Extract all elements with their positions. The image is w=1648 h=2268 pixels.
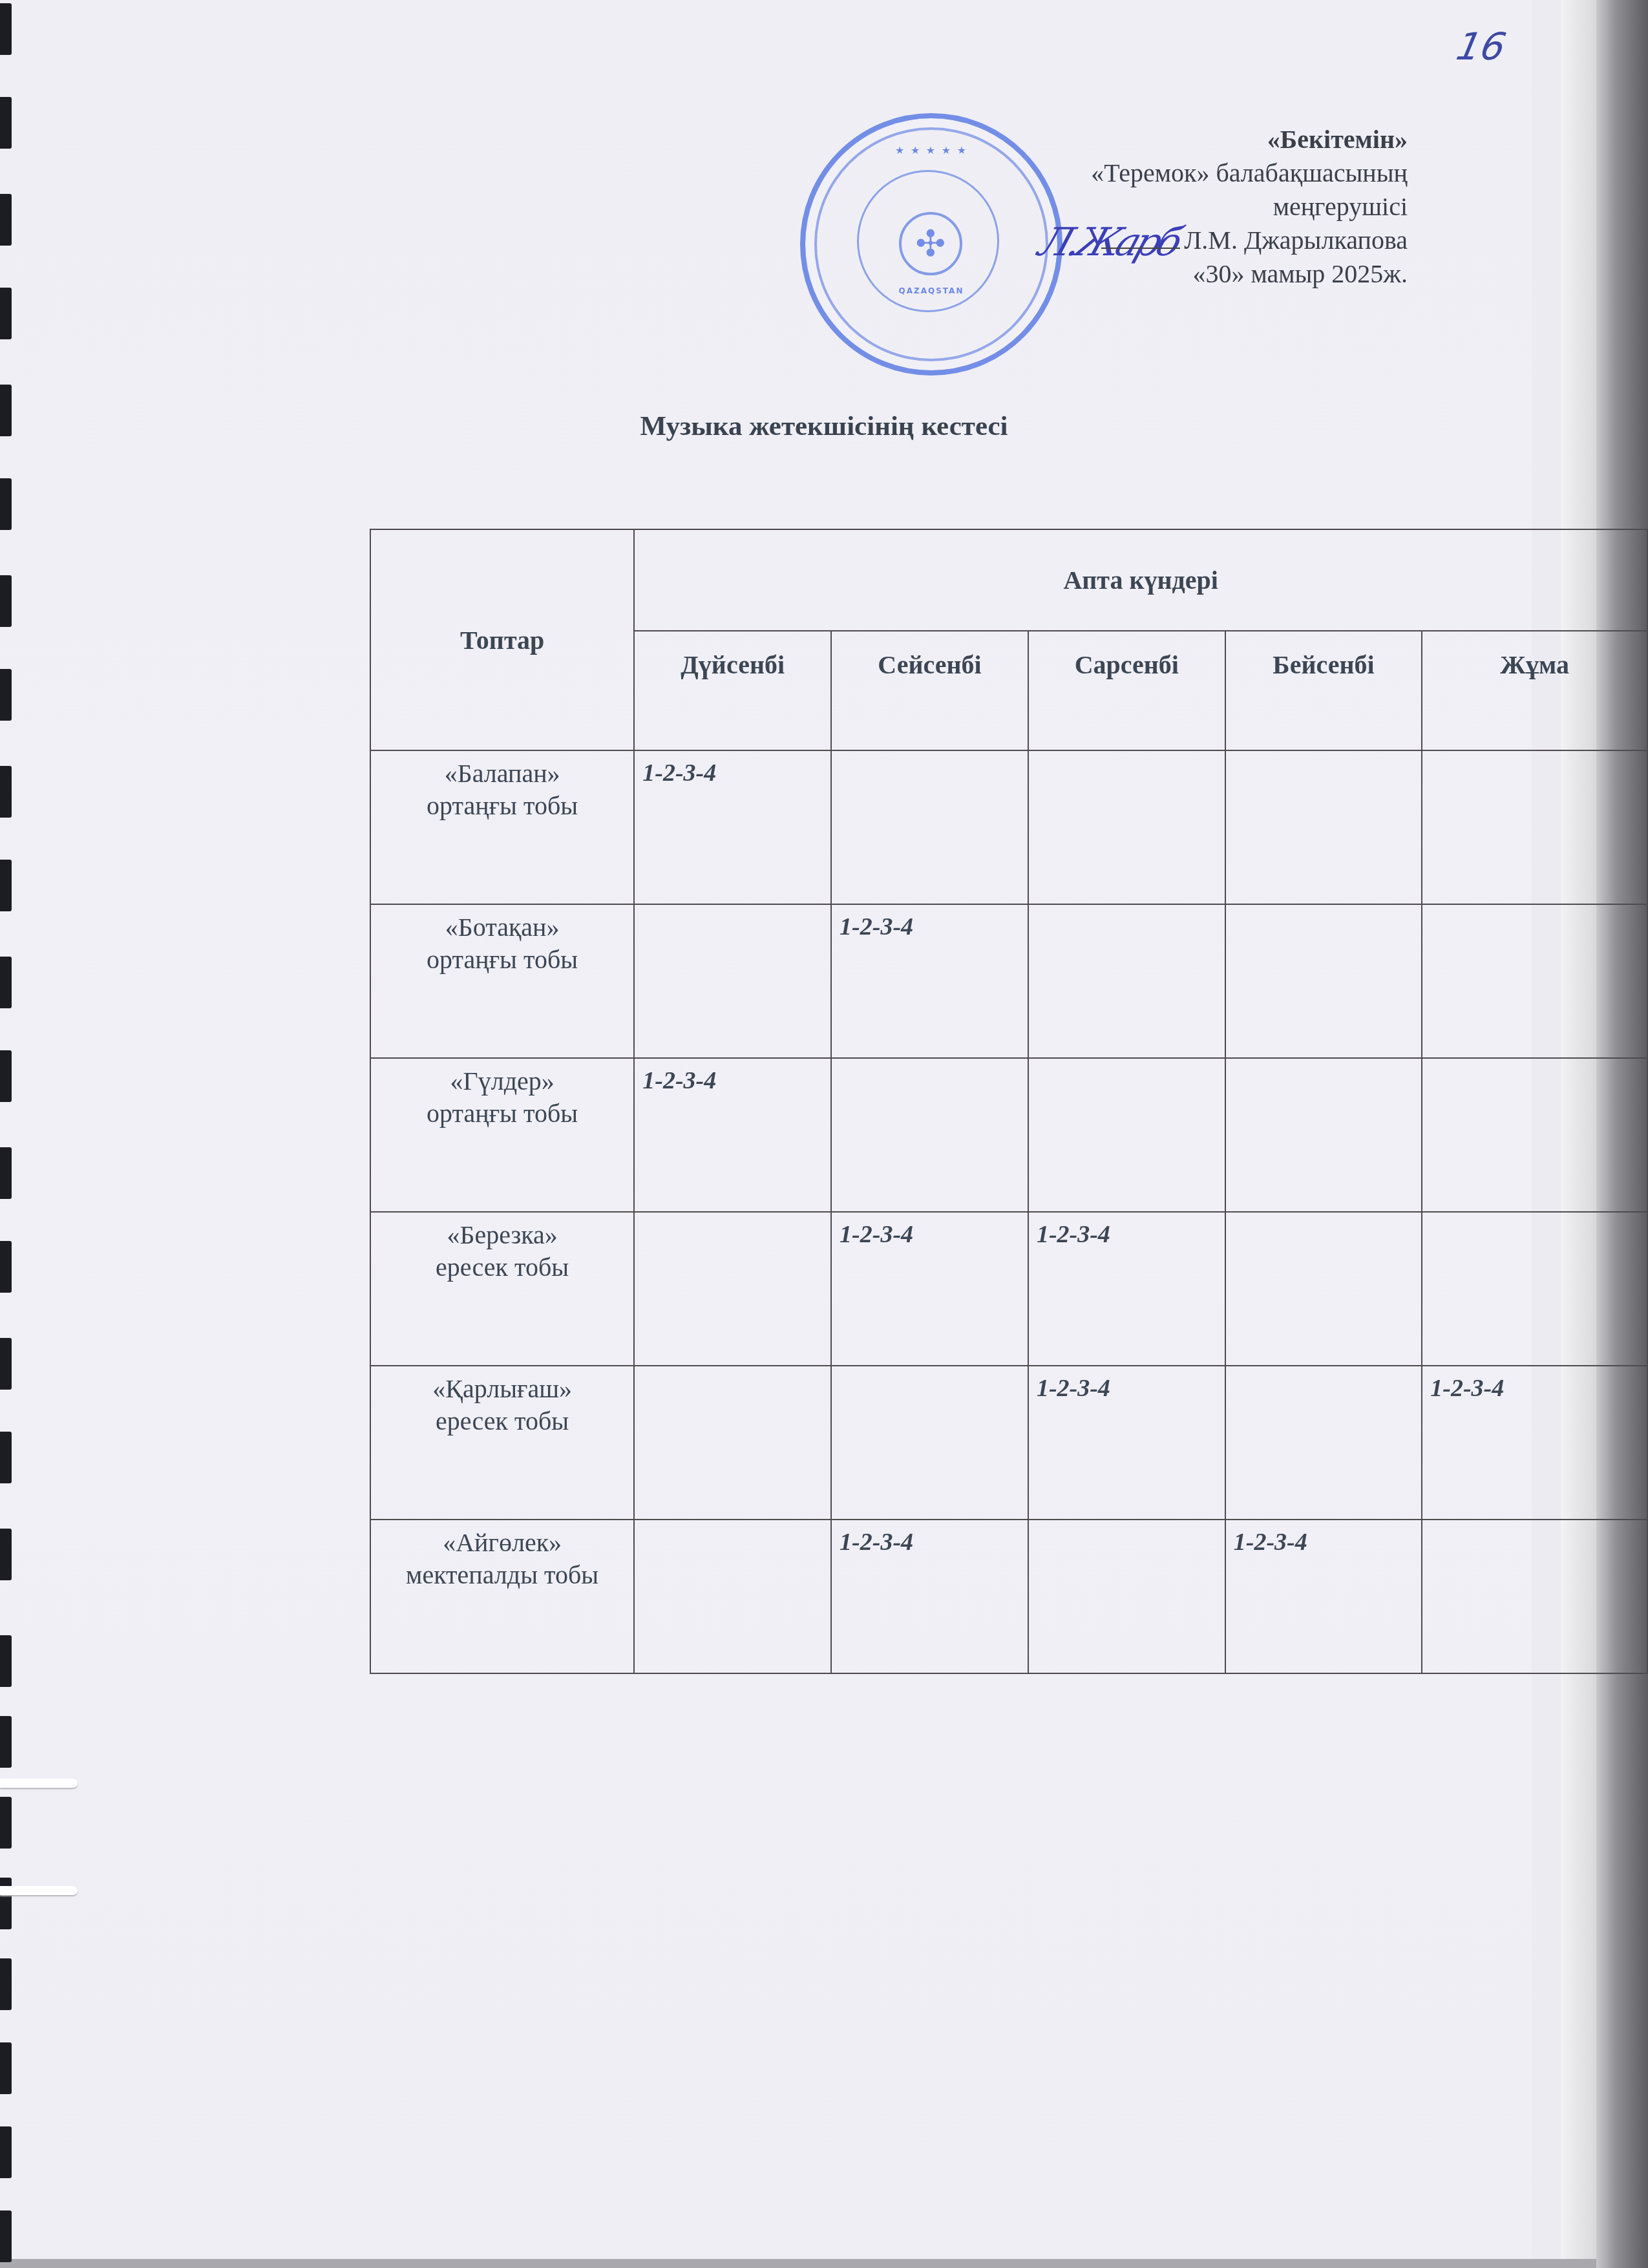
- day-header-monday: Дүйсенбі: [634, 631, 831, 750]
- stamp-emblem-text: QAZAQSTAN: [805, 286, 1057, 295]
- state-emblem-icon: ✣: [899, 212, 962, 275]
- lesson-slot-cell: [634, 1212, 831, 1366]
- day-header-tuesday: Сейсенбі: [831, 631, 1028, 750]
- table-row: «Қарлығаш»ересек тобы1-2-3-41-2-3-4: [370, 1366, 1647, 1520]
- lesson-slot-cell: 1-2-3-4: [1028, 1212, 1225, 1366]
- weekdays-header: Апта күндері: [634, 529, 1647, 631]
- day-header-thursday: Бейсенбі: [1225, 631, 1422, 750]
- table-row: «Айгөлек»мектепалды тобы1-2-3-41-2-3-4: [370, 1520, 1647, 1673]
- lesson-slot-cell: 1-2-3-4: [634, 1058, 831, 1212]
- group-type: ортаңғы тобы: [371, 790, 633, 822]
- lesson-slot-cell: [831, 1366, 1028, 1520]
- lesson-slot-cell: 1-2-3-4: [1028, 1366, 1225, 1520]
- lesson-slot-cell: [1422, 750, 1647, 904]
- lesson-slot-cell: 1-2-3-4: [831, 904, 1028, 1058]
- approval-signatory: Л.М. Джарылкапова: [1184, 226, 1408, 255]
- lesson-slot-cell: [1422, 1212, 1647, 1366]
- group-name: «Березка»: [371, 1219, 633, 1251]
- group-type: мектепалды тобы: [371, 1559, 633, 1591]
- lesson-slot-cell: [1225, 1058, 1422, 1212]
- page-title: Музыка жетекшісінің кестесі: [0, 410, 1648, 442]
- lesson-slot-cell: [831, 1058, 1028, 1212]
- group-name-cell: «Березка»ересек тобы: [370, 1212, 634, 1366]
- lesson-slot-cell: [1225, 1366, 1422, 1520]
- lesson-slot-cell: [1225, 1212, 1422, 1366]
- group-type: ересек тобы: [371, 1405, 633, 1437]
- approval-line2: меңгерушісі: [1091, 190, 1408, 224]
- lesson-slot-cell: 1-2-3-4: [1225, 1520, 1422, 1673]
- group-name: «Балапан»: [371, 758, 633, 790]
- lesson-slot-cell: [1422, 904, 1647, 1058]
- approval-heading: «Бекітемін»: [1091, 123, 1408, 156]
- approval-line1: «Теремок» балабақшасының: [1091, 156, 1408, 190]
- table-row: «Балапан»ортаңғы тобы1-2-3-4: [370, 750, 1647, 904]
- lesson-slot-cell: [1028, 750, 1225, 904]
- group-type: ортаңғы тобы: [371, 1097, 633, 1130]
- stamp-ring-text: ★ ★ ★ ★ ★: [805, 144, 1057, 156]
- group-type: ересек тобы: [371, 1251, 633, 1284]
- lesson-slot-cell: [634, 904, 831, 1058]
- lesson-slot-cell: [1028, 1520, 1225, 1673]
- group-name-cell: «Гүлдер»ортаңғы тобы: [370, 1058, 634, 1212]
- table-row: «Ботақан»ортаңғы тобы1-2-3-4: [370, 904, 1647, 1058]
- binding-wire: [0, 1886, 78, 1895]
- day-header-wednesday: Сарсенбі: [1028, 631, 1225, 750]
- lesson-slot-cell: 1-2-3-4: [634, 750, 831, 904]
- approval-date: «30» мамыр 2025ж.: [1091, 257, 1408, 291]
- lesson-slot-cell: [1028, 904, 1225, 1058]
- lesson-slot-cell: 1-2-3-4: [1422, 1366, 1647, 1520]
- binding-wire: [0, 1779, 78, 1788]
- group-name: «Қарлығаш»: [371, 1373, 633, 1405]
- group-name-cell: «Айгөлек»мектепалды тобы: [370, 1520, 634, 1673]
- table-row: «Гүлдер»ортаңғы тобы1-2-3-4: [370, 1058, 1647, 1212]
- group-name-cell: «Ботақан»ортаңғы тобы: [370, 904, 634, 1058]
- lesson-slot-cell: [634, 1366, 831, 1520]
- scanner-bottom-edge: [0, 2259, 1596, 2268]
- lesson-slot-cell: [831, 750, 1028, 904]
- day-header-friday: Жұма: [1422, 631, 1647, 750]
- lesson-slot-cell: 1-2-3-4: [831, 1212, 1028, 1366]
- lesson-slot-cell: [1225, 750, 1422, 904]
- official-stamp-icon: ★ ★ ★ ★ ★ ✣ QAZAQSTAN: [800, 113, 1062, 376]
- lesson-slot-cell: [1225, 904, 1422, 1058]
- table-row: «Березка»ересек тобы1-2-3-41-2-3-4: [370, 1212, 1647, 1366]
- lesson-slot-cell: 1-2-3-4: [831, 1520, 1028, 1673]
- group-name-cell: «Қарлығаш»ересек тобы: [370, 1366, 634, 1520]
- group-name: «Айгөлек»: [371, 1527, 633, 1559]
- group-name: «Ботақан»: [371, 911, 633, 944]
- binding-holes: [0, 0, 14, 2268]
- group-name: «Гүлдер»: [371, 1065, 633, 1097]
- signature-line: [1101, 248, 1180, 249]
- schedule-table: Топтар Апта күндері Дүйсенбі Сейсенбі Са…: [370, 529, 1648, 1674]
- lesson-slot-cell: [1422, 1058, 1647, 1212]
- group-type: ортаңғы тобы: [371, 944, 633, 976]
- lesson-slot-cell: [1028, 1058, 1225, 1212]
- groups-column-header: Топтар: [370, 529, 634, 750]
- approval-signatory-row: Л.М. Джарылкапова: [1091, 224, 1408, 257]
- approval-block: «Бекітемін» «Теремок» балабақшасының мең…: [1091, 123, 1408, 291]
- handwritten-page-number: 16: [1453, 25, 1510, 69]
- lesson-slot-cell: [634, 1520, 831, 1673]
- lesson-slot-cell: [1422, 1520, 1647, 1673]
- group-name-cell: «Балапан»ортаңғы тобы: [370, 750, 634, 904]
